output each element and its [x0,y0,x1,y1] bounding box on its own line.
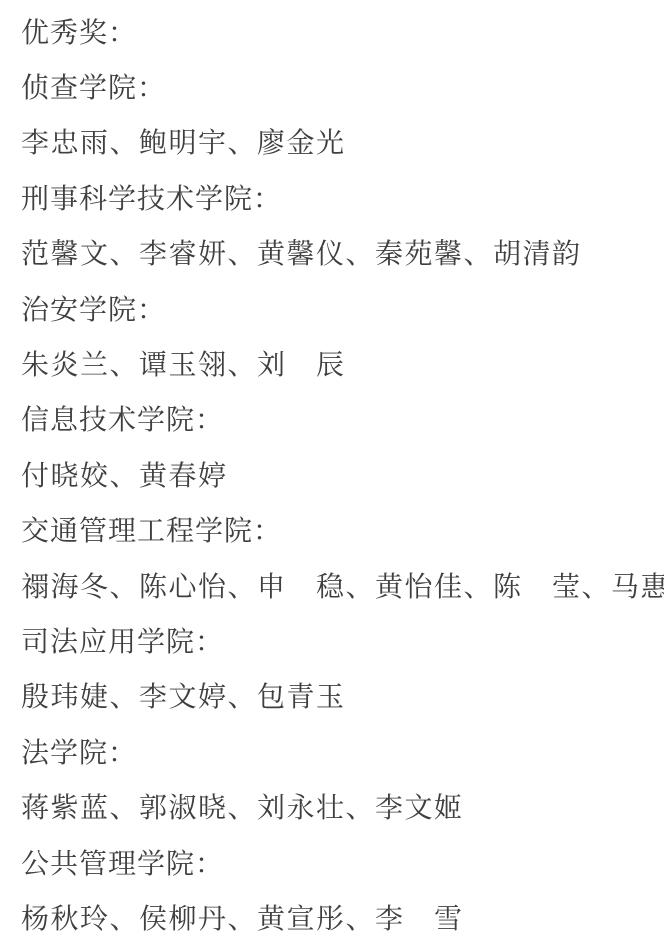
college-heading-public-administration: 公共管理学院： [21,834,662,889]
names-line-information-technology: 付晓姣、黄春婷 [21,446,662,501]
college-heading-information-technology: 信息技术学院： [21,391,662,446]
names-line-traffic-management: 禤海冬、陈心怡、申 稳、黄怡佳、陈 莹、马惠瑜 [21,557,662,612]
names-line-law: 蒋紫蓝、郭淑晓、刘永壮、李文姬 [21,778,662,833]
award-title: 优秀奖： [21,3,662,58]
college-heading-judicial-application: 司法应用学院： [21,612,662,667]
names-line-judicial-application: 殷玮婕、李文婷、包青玉 [21,668,662,723]
names-line-criminal-science: 范馨文、李睿妍、黄馨仪、秦苑馨、胡清韵 [21,225,662,280]
college-heading-traffic-management: 交通管理工程学院： [21,502,662,557]
college-heading-criminal-science: 刑事科学技术学院： [21,169,662,224]
award-notice-document: 优秀奖： 侦查学院： 李忠雨、鲍明宇、廖金光 刑事科学技术学院： 范馨文、李睿妍… [0,0,664,947]
college-heading-public-security: 治安学院： [21,280,662,335]
names-line-public-security: 朱炎兰、谭玉翎、刘 辰 [21,335,662,390]
names-line-public-administration: 杨秋玲、侯柳丹、黄宣彤、李 雪 [21,889,662,944]
college-heading-investigation: 侦查学院： [21,58,662,113]
names-line-investigation: 李忠雨、鲍明宇、廖金光 [21,114,662,169]
college-heading-law: 法学院： [21,723,662,778]
